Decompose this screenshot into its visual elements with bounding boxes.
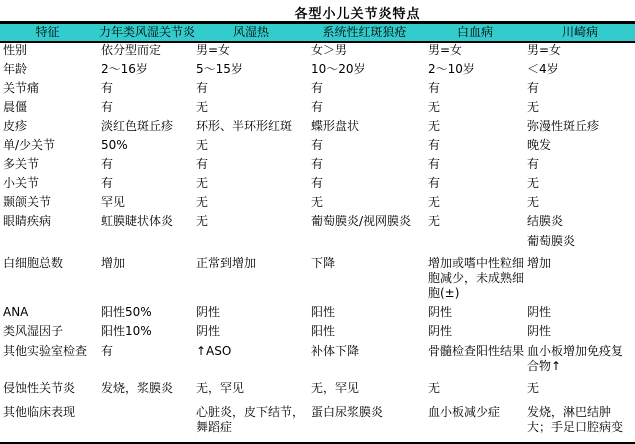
table-cell-jra: 增加 [101, 256, 196, 271]
table-cell-sle: 有 [311, 157, 426, 172]
table-cell-sle: 10～20岁 [311, 62, 426, 77]
table-cell-kd: 男=女 [527, 43, 632, 58]
table-cell-kd: 无 [527, 381, 632, 396]
table-cell-feature: 白细胞总数 [3, 256, 98, 271]
table-cell-jra: 有 [101, 344, 196, 359]
table-cell-feature: 单/少关节 [3, 138, 98, 153]
table-cell-leuk: 有 [428, 176, 524, 191]
table-cell-kd: 增加 [527, 256, 632, 271]
table-cell-leuk: 血小板减少症 [428, 405, 524, 420]
table-header: 特征 力年类风湿关节炎 风湿热 系统性红斑狼疮 白血病 川崎病 [0, 24, 635, 43]
table-cell-leuk: 阴性 [428, 305, 524, 320]
table-cell-jra: 有 [101, 157, 196, 172]
table-cell-kd: 弥漫性斑丘疹 [527, 119, 632, 134]
table-cell-leuk: 骨髓检查阳性结果 [428, 344, 524, 359]
table-cell-rf: 无，罕见 [196, 381, 306, 396]
table-cell-jra: 阳性50% [101, 305, 196, 320]
table-cell-feature: 颞颌关节 [3, 195, 98, 210]
table-cell-kd-extra: 葡萄膜炎 [527, 234, 575, 249]
table-cell-feature: 眼睛疾病 [3, 214, 98, 229]
table-cell-rf: 阴性 [196, 324, 306, 339]
table-cell-rf: 阴性 [196, 305, 306, 320]
table-cell-feature: 性别 [3, 43, 98, 58]
table-cell-leuk: 无 [428, 195, 524, 210]
table-cell-sle: 补体下降 [311, 344, 426, 359]
table-cell-sle: 蛋白尿浆膜炎 [311, 405, 426, 420]
table-cell-kd: 结膜炎 [527, 214, 632, 229]
table-cell-leuk: 有 [428, 81, 524, 96]
table-cell-sle: 葡萄膜炎/视网膜炎 [311, 214, 426, 229]
table-cell-rf: 有 [196, 81, 306, 96]
table-cell-sle: 有 [311, 81, 426, 96]
table-cell-leuk: 有 [428, 138, 524, 153]
table-cell-rf: 无 [196, 176, 306, 191]
table-cell-feature: 关节痛 [3, 81, 98, 96]
header-leukemia: 白血病 [425, 24, 525, 41]
table-cell-kd: 晚发 [527, 138, 632, 153]
table-cell-feature: 年龄 [3, 62, 98, 77]
table-cell-rf: ↑ASO [196, 344, 306, 359]
table-cell-feature: 小关节 [3, 176, 98, 191]
table-cell-rf: 男=女 [196, 43, 306, 58]
table-cell-feature: ANA [3, 305, 98, 320]
table-cell-kd: ＜4岁 [527, 62, 632, 77]
table-cell-leuk: 有 [428, 157, 524, 172]
header-sle: 系统性红斑狼疮 [307, 24, 422, 41]
table-cell-sle: 蝶形盘状 [311, 119, 426, 134]
table-cell-jra: 2～16岁 [101, 62, 196, 77]
table-cell-kd: 有 [527, 157, 632, 172]
table-cell-sle: 有 [311, 176, 426, 191]
page-title: 各型小儿关节炎特点 [0, 3, 635, 22]
table-cell-sle: 女＞男 [311, 43, 426, 58]
table-cell-kd: 无 [527, 176, 632, 191]
table-cell-leuk: 增加或嗜中性粒细胞减少，未成熟细胞(±) [428, 256, 524, 301]
table-cell-sle: 无，罕见 [311, 381, 426, 396]
table-cell-jra: 有 [101, 81, 196, 96]
table-cell-kd: 无 [527, 195, 632, 210]
table-cell-rf: 心脏炎，皮下结节，舞蹈症 [196, 405, 306, 435]
header-feature: 特征 [0, 24, 95, 41]
table-cell-sle: 有 [311, 100, 426, 115]
table-cell-feature: 多关节 [3, 157, 98, 172]
table-cell-rf: 有 [196, 157, 306, 172]
table-cell-jra: 有 [101, 100, 196, 115]
table-cell-leuk: 阴性 [428, 324, 524, 339]
table-cell-kd: 阴性 [527, 324, 632, 339]
table-cell-feature: 类风湿因子 [3, 324, 98, 339]
table-cell-feature: 晨僵 [3, 100, 98, 115]
table-cell-leuk: 无 [428, 100, 524, 115]
table-cell-kd: 发烧，淋巴结肿大；手足口腔病变 [527, 405, 632, 435]
table-cell-leuk: 无 [428, 214, 524, 229]
table-cell-jra: 有 [101, 176, 196, 191]
header-kawasaki: 川崎病 [525, 24, 635, 41]
table-cell-jra: 50% [101, 138, 196, 153]
table-cell-jra: 虹膜睫状体炎 [101, 214, 196, 229]
table-cell-kd: 有 [527, 81, 632, 96]
table-cell-sle: 有 [311, 138, 426, 153]
header-jra: 力年类风湿关节炎 [99, 24, 194, 41]
table-cell-kd: 阴性 [527, 305, 632, 320]
table-cell-rf: 5～15岁 [196, 62, 306, 77]
table-cell-rf: 环形、半环形红斑 [196, 119, 306, 134]
table-cell-feature: 其他临床表现 [3, 405, 98, 420]
table-cell-rf: 无 [196, 138, 306, 153]
table-cell-leuk: 男=女 [428, 43, 524, 58]
table-cell-sle: 阳性 [311, 305, 426, 320]
table-cell-feature: 皮疹 [3, 119, 98, 134]
table-cell-sle: 下降 [311, 256, 426, 271]
table-cell-jra: 依分型而定 [101, 43, 196, 58]
table-cell-leuk: 无 [428, 381, 524, 396]
table-cell-rf: 无 [196, 195, 306, 210]
table-cell-sle: 阳性 [311, 324, 426, 339]
table-cell-kd: 血小板增加免疫复合物↑ [527, 344, 632, 374]
table-cell-rf: 无 [196, 100, 306, 115]
table-cell-kd: 无 [527, 100, 632, 115]
table-cell-jra: 罕见 [101, 195, 196, 210]
table-cell-feature: 侵蚀性关节炎 [3, 381, 98, 396]
header-rheumatic-fever: 风湿热 [196, 24, 306, 41]
table-cell-rf: 正常到增加 [196, 256, 306, 271]
table-cell-leuk: 2～10岁 [428, 62, 524, 77]
table-cell-feature: 其他实验室检查 [3, 344, 98, 359]
table-cell-sle: 无 [311, 195, 426, 210]
table-cell-jra: 淡红色斑丘疹 [101, 119, 196, 134]
table-cell-rf: 无 [196, 214, 306, 229]
table-cell-jra: 发烧，浆膜炎 [101, 381, 196, 396]
table-cell-leuk: 无 [428, 119, 524, 134]
table-cell-jra: 阳性10% [101, 324, 196, 339]
